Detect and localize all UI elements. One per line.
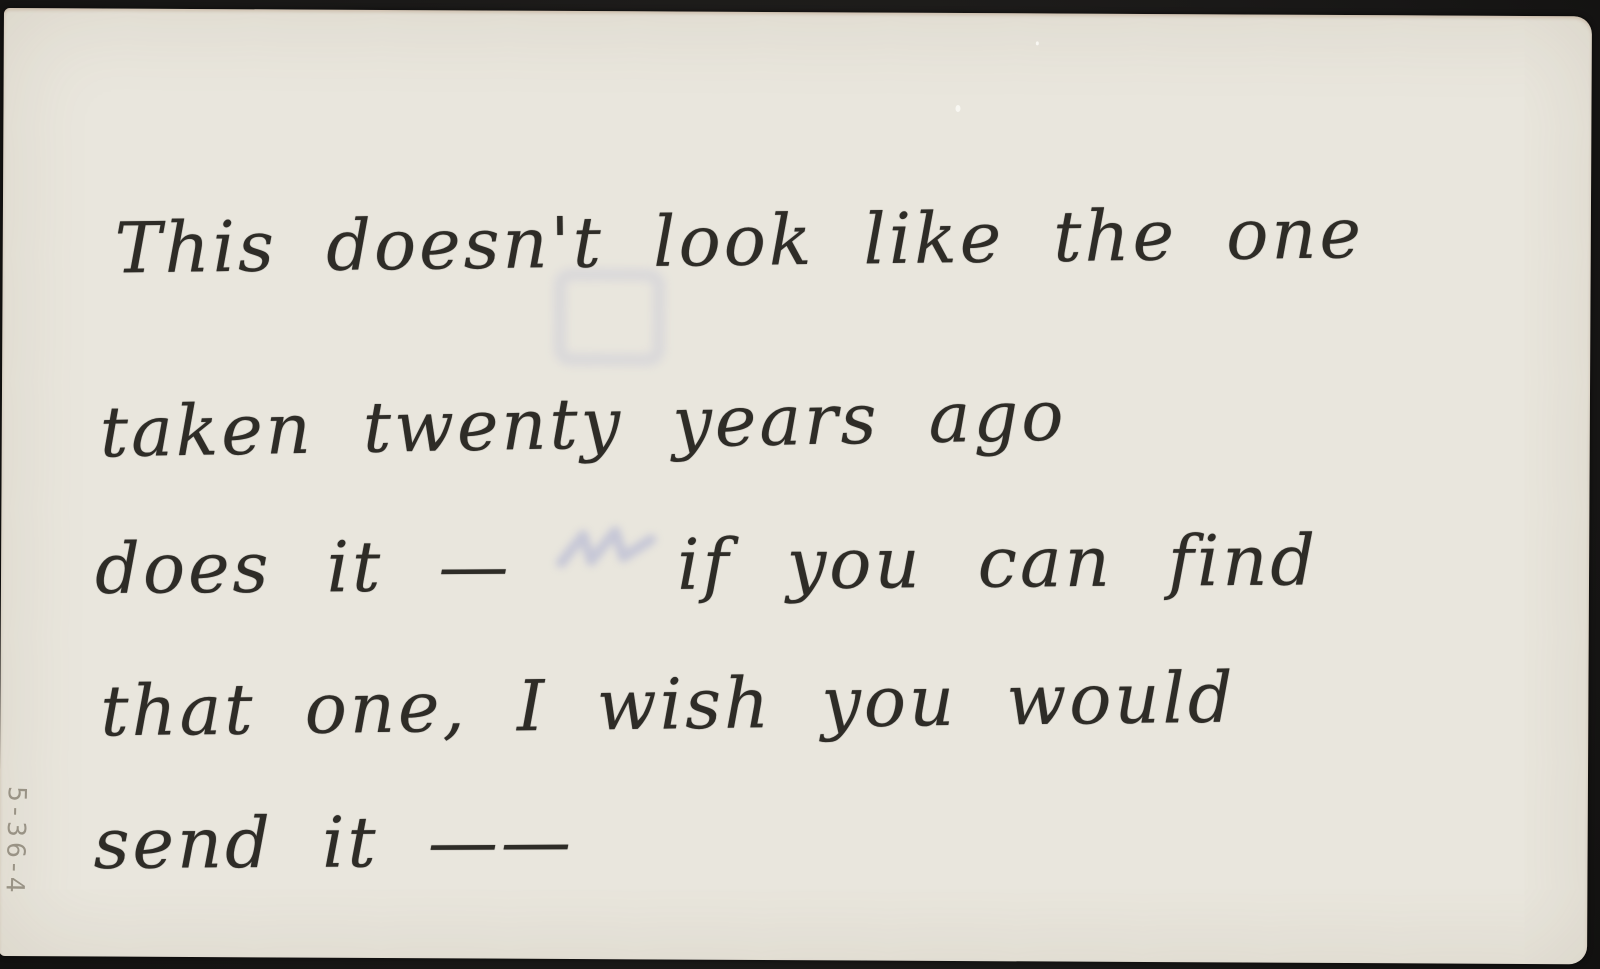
scanned-note-scene: This doesn't look like the one taken twe…	[0, 0, 1600, 969]
handwriting-line-2: taken twenty years ago	[99, 375, 1067, 474]
handwriting-line-5: send it ——	[93, 800, 574, 885]
catalog-number-pencil: 5-36-4	[0, 786, 32, 898]
handwriting-line-1: This doesn't look like the one	[114, 192, 1364, 289]
paper-speck	[955, 105, 960, 112]
handwriting-line-4: that one, I wish you would	[100, 657, 1236, 753]
handwriting-line-3: does it — if you can find	[95, 519, 1319, 610]
handwritten-note-card: This doesn't look like the one taken twe…	[0, 8, 1592, 964]
paper-speck	[1036, 41, 1039, 45]
